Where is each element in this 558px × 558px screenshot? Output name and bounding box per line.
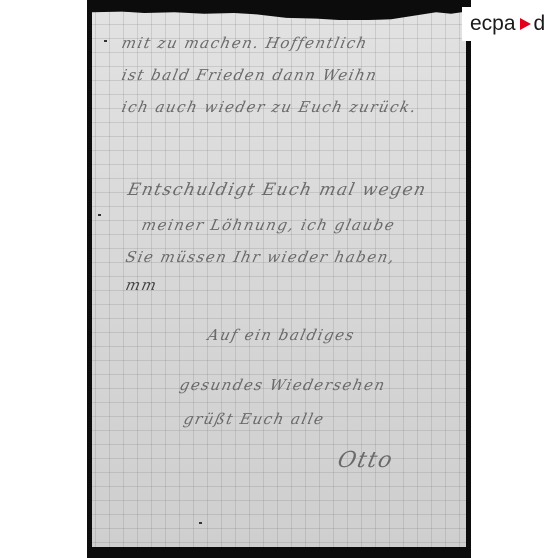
logo-text-right: d [534, 12, 546, 36]
paper-speck [104, 40, 107, 42]
handwriting-line: Auf ein baldiges [206, 326, 357, 344]
handwriting-line: ist bald Frieden dann Weihn [120, 66, 379, 84]
handwriting-line: Entschuldigt Euch mal wegen [126, 180, 429, 200]
scanned-letter-photo: mit zu machen. Hoffentlich ist bald Frie… [87, 0, 471, 558]
handwriting-line: mm [124, 276, 159, 294]
handwriting-line: grüßt Euch alle [182, 410, 326, 428]
handwriting-line: ich auch wieder zu Euch zurück. [120, 98, 419, 116]
play-triangle-icon [520, 18, 531, 30]
handwriting-line: meiner Löhnung, ich glaube [140, 216, 397, 234]
paper-speck [98, 214, 101, 216]
letter-page: mit zu machen. Hoffentlich ist bald Frie… [92, 8, 466, 547]
handwriting-line: gesundes Wiedersehen [178, 376, 388, 394]
logo-text-left: ecpa [470, 12, 516, 36]
signature: Otto [335, 448, 395, 473]
paper-speck [199, 522, 202, 524]
ecpad-logo: ecpa d [462, 7, 556, 41]
torn-top-edge [92, 6, 466, 20]
handwriting-line: Sie müssen Ihr wieder haben, [124, 248, 397, 266]
handwriting-line: mit zu machen. Hoffentlich [120, 34, 370, 52]
